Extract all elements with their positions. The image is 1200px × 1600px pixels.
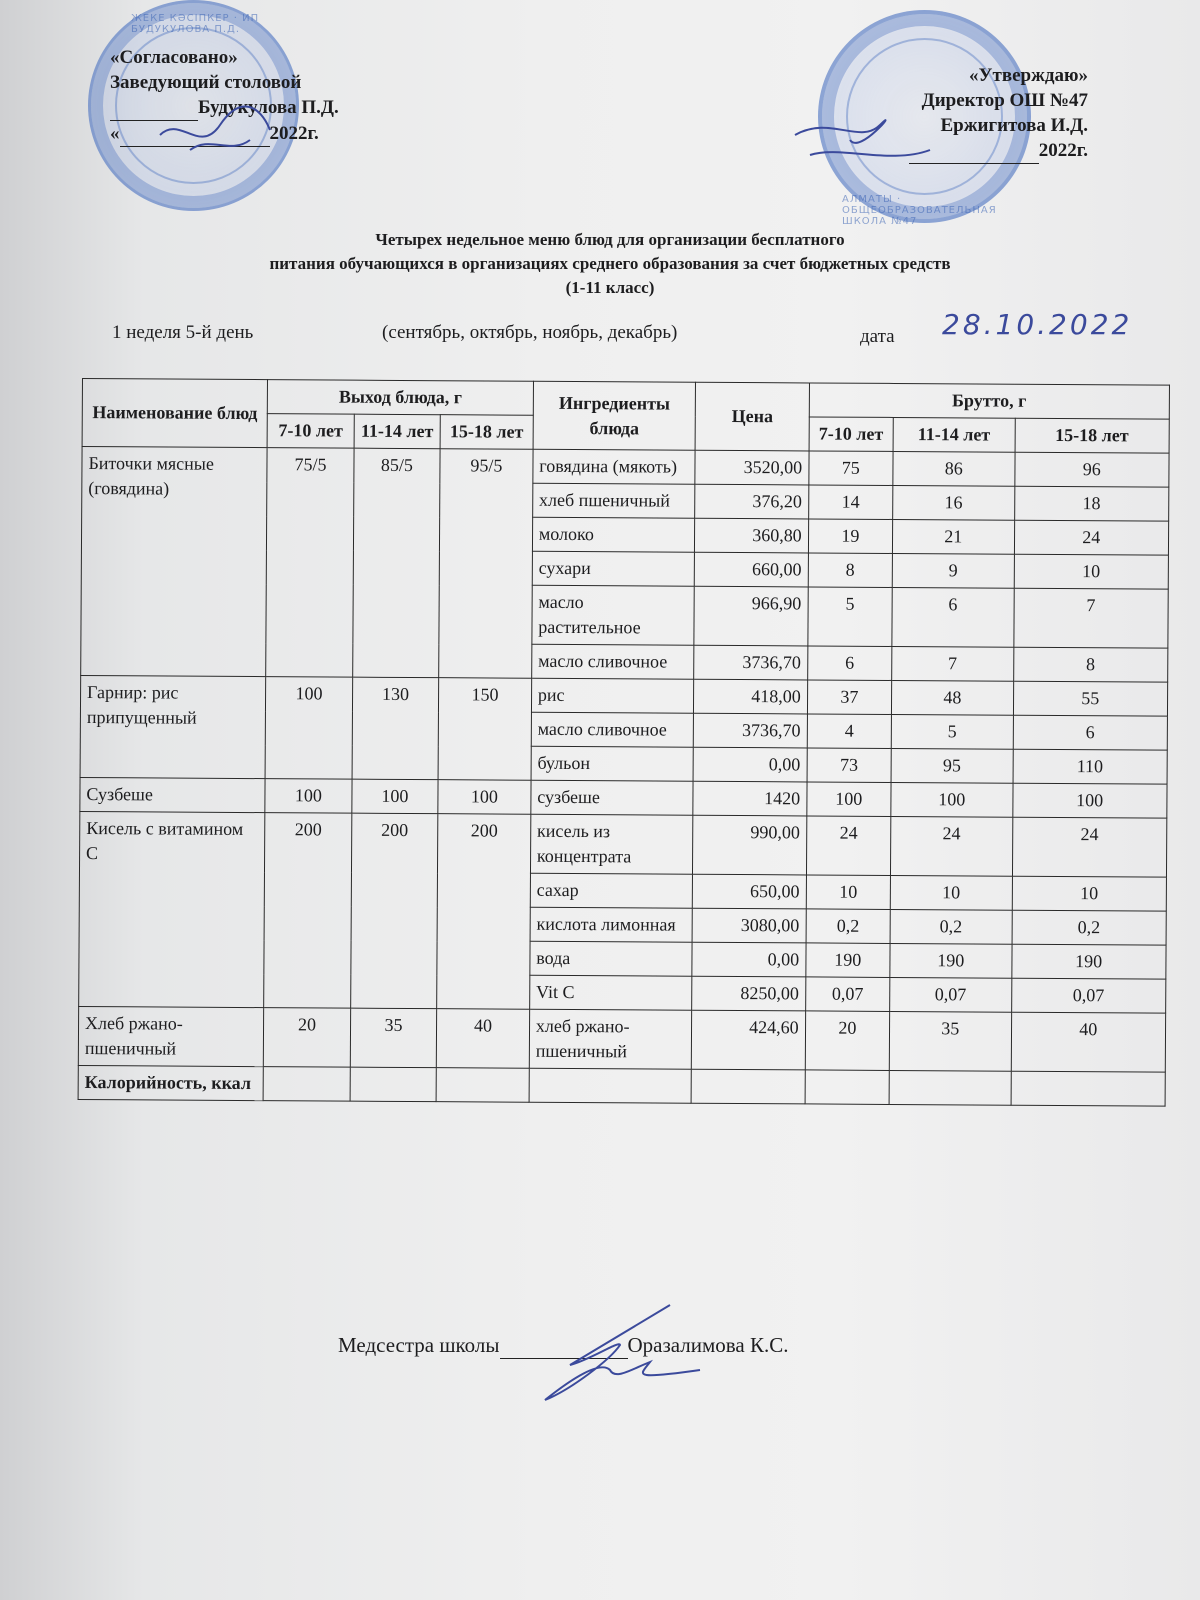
ingredient-price: 660,00 <box>695 552 808 587</box>
ingredient-gross: 37 <box>807 680 892 715</box>
ingredient-price: 3736,70 <box>694 713 807 748</box>
calorie-cell <box>1011 1071 1166 1106</box>
calorie-cell <box>889 1070 1011 1105</box>
dish-yield: 95/5 <box>439 449 533 679</box>
dish-yield: 100 <box>438 780 531 815</box>
ingredient-gross: 100 <box>1012 783 1167 818</box>
date-label: дата <box>860 326 895 348</box>
ingredient-gross: 190 <box>806 943 891 978</box>
calorie-row: Калорийность, ккал <box>78 1065 1165 1106</box>
ingredient-price: 990,00 <box>693 815 807 875</box>
calorie-cell <box>805 1070 890 1105</box>
agreed-label: «Согласовано» <box>110 45 339 70</box>
months: (сентябрь, октябрь, ноябрь, декабрь) <box>382 322 677 344</box>
ingredient-gross: 40 <box>1011 1012 1166 1072</box>
header-yield-age: 11-14 лет <box>354 414 441 449</box>
ingredient-gross: 16 <box>893 485 1015 520</box>
ingredient-gross: 10 <box>806 875 891 910</box>
calorie-cell <box>529 1068 692 1103</box>
dish-yield: 150 <box>438 678 531 781</box>
ingredient-name: масло сливочное <box>532 644 695 679</box>
ingredient-price: 0,00 <box>692 942 805 977</box>
ingredient-gross: 7 <box>892 646 1014 681</box>
approved-label: «Утверждаю» <box>868 63 1088 88</box>
ingredient-gross: 100 <box>891 782 1013 817</box>
calorie-cell <box>692 1069 805 1104</box>
ingredient-name: Vit C <box>529 975 692 1010</box>
ingredient-name: масло сливочное <box>531 712 694 747</box>
ingredient-gross: 0,2 <box>1012 910 1167 945</box>
ingredient-gross: 20 <box>805 1011 890 1071</box>
header-yield: Выход блюда, г <box>268 380 534 416</box>
ingredient-gross: 8 <box>808 553 893 588</box>
stamp-right-text: АЛМАТЫ · ОБЩЕОБРАЗОВАТЕЛЬНАЯ ШКОЛА №47 <box>842 194 1027 227</box>
dish-yield: 130 <box>352 677 439 780</box>
document-title: Четырех недельное меню блюд для организа… <box>140 228 1080 300</box>
dish-yield: 40 <box>436 1009 529 1069</box>
dish-name: Хлеб ржано-пшеничный <box>78 1006 264 1066</box>
ingredient-gross: 48 <box>892 680 1014 715</box>
ingredient-gross: 73 <box>807 748 892 783</box>
ingredient-name: хлеб пшеничный <box>532 483 695 518</box>
ingredient-gross: 19 <box>808 519 893 554</box>
ingredient-gross: 6 <box>1013 715 1168 750</box>
dish-yield: 200 <box>437 814 531 1010</box>
ingredient-name: кислота лимонная <box>530 907 693 942</box>
ingredient-gross: 5 <box>891 714 1013 749</box>
dish-yield: 35 <box>350 1008 437 1068</box>
ingredient-name: сузбеше <box>531 780 694 815</box>
header-gross-age: 11-14 лет <box>893 417 1015 452</box>
ingredient-price: 3080,00 <box>693 908 806 943</box>
ingredient-price: 3736,70 <box>694 645 807 680</box>
table-row: Кисель с витамином С200200200кисель из к… <box>79 811 1166 877</box>
ingredient-gross: 21 <box>893 519 1015 554</box>
ingredient-name: масло растительное <box>532 585 695 645</box>
ingredient-price: 418,00 <box>694 679 807 714</box>
menu-body: Биточки мясные (говядина)75/585/595/5гов… <box>78 447 1169 1107</box>
ingredient-gross: 4 <box>807 714 892 749</box>
dish-yield: 75/5 <box>266 448 354 678</box>
header-ingredients: Ингредиенты блюда <box>533 381 696 450</box>
dish-name: Сузбеше <box>80 777 265 812</box>
ingredient-gross: 0,07 <box>805 977 890 1012</box>
ingredient-name: сухари <box>532 551 695 586</box>
ingredient-gross: 100 <box>807 782 892 817</box>
ingredient-gross: 75 <box>809 451 894 486</box>
week-day: 1 неделя 5-й день <box>112 322 253 344</box>
ingredient-gross: 24 <box>1012 817 1167 877</box>
ingredient-price: 8250,00 <box>692 976 805 1011</box>
ingredient-name: сахар <box>530 873 693 908</box>
ingredient-gross: 35 <box>889 1011 1011 1071</box>
dish-yield: 20 <box>264 1008 351 1068</box>
ingredient-gross: 0,2 <box>890 909 1012 944</box>
table-row: Биточки мясные (говядина)75/585/595/5гов… <box>82 447 1169 488</box>
ingredient-gross: 95 <box>891 748 1013 783</box>
ingredient-name: вода <box>530 941 693 976</box>
ingredient-price: 650,00 <box>693 874 806 909</box>
ingredient-gross: 10 <box>1012 876 1167 911</box>
ingredient-gross: 190 <box>1011 944 1166 979</box>
header-gross: Брутто, г <box>809 383 1170 419</box>
ingredient-gross: 18 <box>1014 486 1169 521</box>
nurse-signature <box>530 1300 730 1410</box>
calorie-cell <box>436 1068 529 1103</box>
header-dish-name: Наименование блюд <box>82 379 268 448</box>
ingredient-gross: 9 <box>892 553 1014 588</box>
dish-yield: 85/5 <box>352 448 440 678</box>
header-price: Цена <box>696 382 810 451</box>
title-line-2: питания обучающихся в организациях средн… <box>140 252 1080 276</box>
dish-yield: 200 <box>350 813 438 1009</box>
calorie-label: Калорийность, ккал <box>78 1065 263 1100</box>
dish-name: Гарнир: рис припущенный <box>80 675 266 778</box>
dish-yield: 200 <box>264 813 352 1009</box>
ingredient-gross: 24 <box>806 816 891 876</box>
ingredient-gross: 8 <box>1013 647 1168 682</box>
dish-yield: 100 <box>265 779 352 814</box>
ingredient-gross: 24 <box>1014 520 1169 555</box>
ingredient-gross: 0,2 <box>806 909 891 944</box>
stamp-left-text: ЖЕКЕ КӘСІПКЕР · ИП БУДУКУЛОВА П.Д. <box>131 13 296 35</box>
dish-name: Биточки мясные (говядина) <box>81 447 268 677</box>
ingredient-price: 424,60 <box>692 1010 806 1070</box>
ingredient-gross: 7 <box>1013 588 1168 648</box>
ingredient-gross: 10 <box>1014 554 1169 589</box>
ingredient-price: 966,90 <box>694 586 808 646</box>
header-gross-age: 7-10 лет <box>809 417 894 452</box>
calorie-cell <box>263 1067 350 1102</box>
title-line-1: Четырех недельное меню блюд для организа… <box>140 228 1080 252</box>
approved-year: 2022г. <box>1039 140 1088 161</box>
ingredient-gross: 86 <box>893 451 1015 486</box>
ingredient-gross: 6 <box>807 646 892 681</box>
ingredient-gross: 5 <box>808 587 893 647</box>
title-line-3: (1-11 класс) <box>140 276 1080 300</box>
dish-yield: 100 <box>265 677 352 780</box>
dish-yield: 100 <box>352 779 439 814</box>
approved-signature <box>790 95 950 175</box>
ingredient-name: молоко <box>532 517 695 552</box>
ingredient-price: 376,20 <box>695 484 808 519</box>
ingredient-gross: 190 <box>890 943 1012 978</box>
ingredient-gross: 110 <box>1013 749 1168 784</box>
nurse-label: Медсестра школы <box>338 1333 500 1357</box>
date-value: 28.10.2022 <box>942 308 1132 341</box>
ingredient-name: хлеб ржано-пшеничный <box>529 1009 692 1069</box>
ingredient-gross: 96 <box>1014 452 1169 487</box>
ingredient-price: 360,80 <box>695 518 808 553</box>
table-row: Гарнир: рис припущенный100130150рис418,0… <box>80 675 1167 716</box>
ingredient-name: бульон <box>531 746 694 781</box>
ingredient-gross: 0,07 <box>1011 978 1166 1013</box>
dish-name: Кисель с витамином С <box>79 811 265 1007</box>
menu-table: Наименование блюд Выход блюда, г Ингреди… <box>78 378 1170 1107</box>
agreed-position: Заведующий столовой <box>110 70 339 95</box>
ingredient-gross: 6 <box>892 587 1014 647</box>
ingredient-name: рис <box>531 678 694 713</box>
ingredient-price: 1420 <box>693 781 806 816</box>
ingredient-gross: 14 <box>808 485 893 520</box>
ingredient-name: кисель из концентрата <box>530 814 693 874</box>
ingredient-gross: 0,07 <box>890 977 1012 1012</box>
header-yield-age: 7-10 лет <box>267 414 354 449</box>
ingredient-name: говядина (мякоть) <box>533 449 696 484</box>
ingredient-gross: 24 <box>891 816 1013 876</box>
ingredient-price: 3520,00 <box>695 450 808 485</box>
calorie-cell <box>350 1067 437 1102</box>
ingredient-price: 0,00 <box>694 747 807 782</box>
agreed-date-quote: « <box>110 123 120 144</box>
table-row: Хлеб ржано-пшеничный203540хлеб ржано-пше… <box>78 1006 1165 1072</box>
header-gross-age: 15-18 лет <box>1015 418 1170 453</box>
header-yield-age: 15-18 лет <box>440 415 533 450</box>
ingredient-gross: 10 <box>890 875 1012 910</box>
ingredient-gross: 55 <box>1013 681 1168 716</box>
agreed-signature <box>150 95 290 165</box>
